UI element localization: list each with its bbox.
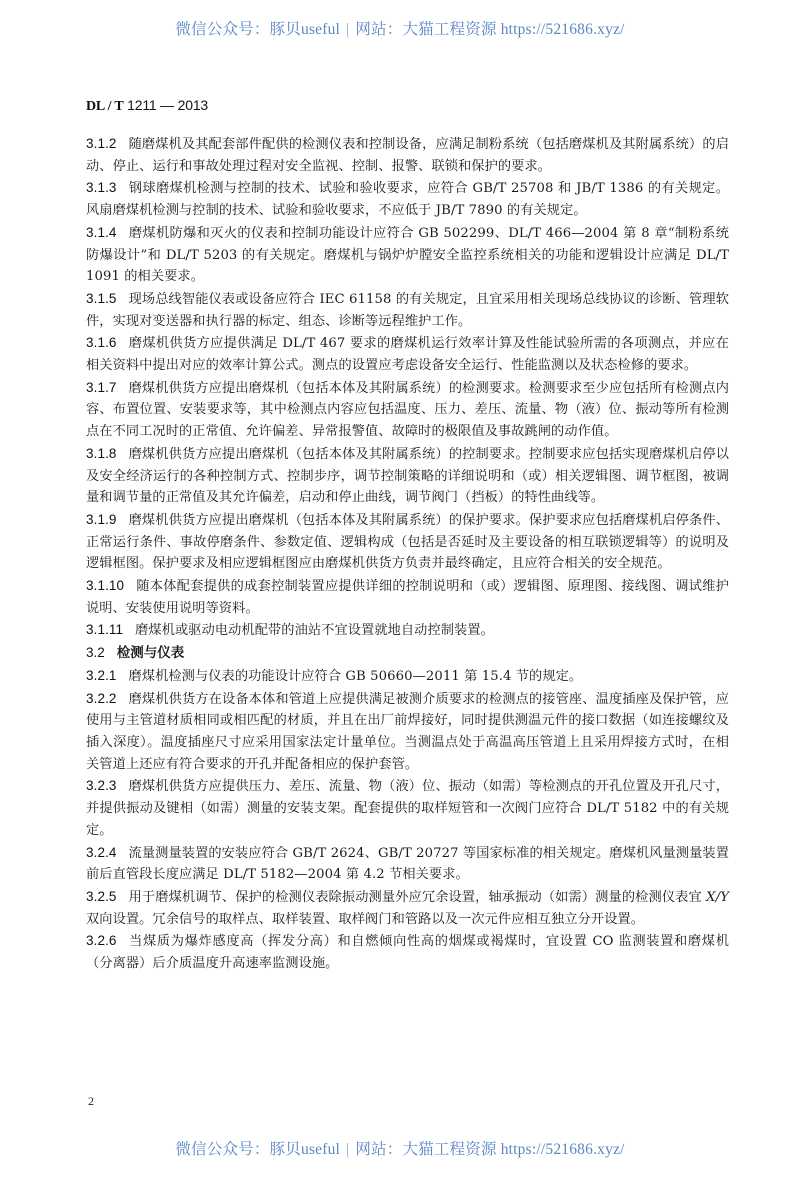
clause-3-2-6: 3.2.6当煤质为爆炸感度高（挥发分高）和自燃倾向性高的烟煤或褐煤时，宜设置 C… bbox=[86, 930, 729, 974]
clause-text: 磨煤机供货方应提出磨煤机（包括本体及其附属系统）的检测要求。检测要求至少应包括所… bbox=[86, 381, 729, 439]
clause-3-2-1: 3.2.1磨煤机检测与仪表的功能设计应符合 GB 50660—2011 第 15… bbox=[86, 665, 729, 688]
clause-number: 3.1.4 bbox=[86, 225, 117, 240]
watermark-wechat: 微信公众号：豚贝useful bbox=[175, 21, 340, 38]
clause-3-2-3: 3.2.3磨煤机供货方应提供压力、差压、流量、物（液）位、振动（如需）等检测点的… bbox=[86, 775, 729, 841]
clause-3-2-4: 3.2.4流量测量装置的安装应符合 GB/T 2624、GB/T 20727 等… bbox=[86, 842, 729, 886]
clause-text: 磨煤机供货方应提供满足 DL/T 467 要求的磨煤机运行效率计算及性能试验所需… bbox=[86, 336, 729, 373]
clause-text: 磨煤机防爆和灭火的仪表和控制功能设计应符合 GB 502299、DL/T 466… bbox=[86, 226, 729, 284]
watermark-wechat: 微信公众号：豚贝useful bbox=[175, 1141, 340, 1158]
clause-text: 磨煤机检测与仪表的功能设计应符合 GB 50660—2011 第 15.4 节的… bbox=[129, 669, 583, 684]
axis-variable: X/Y bbox=[706, 890, 729, 905]
clause-text: 磨煤机供货方应提出磨煤机（包括本体及其附属系统）的保护要求。保护要求应包括磨煤机… bbox=[86, 513, 729, 571]
clause-3-1-11: 3.1.11磨煤机或驱动电动机配带的油站不宜设置就地自动控制装置。 bbox=[86, 619, 729, 642]
clause-text: 磨煤机或驱动电动机配带的油站不宜设置就地自动控制装置。 bbox=[135, 623, 494, 638]
clause-text: 随磨煤机及其配套部件配供的检测仪表和控制设备，应满足制粉系统（包括磨煤机及其附属… bbox=[86, 137, 729, 174]
clause-text: 随本体配套提供的成套控制装置应提供详细的控制说明和（或）逻辑图、原理图、接线图、… bbox=[86, 579, 729, 616]
clause-number: 3.2.3 bbox=[86, 778, 117, 793]
clause-text: 磨煤机供货方应提供压力、差压、流量、物（液）位、振动（如需）等检测点的开孔位置及… bbox=[86, 779, 729, 837]
clause-text: 当煤质为爆炸感度高（挥发分高）和自燃倾向性高的烟煤或褐煤时，宜设置 CO 监测装… bbox=[86, 934, 729, 971]
clause-text: 钢球磨煤机检测与控制的技术、试验和验收要求，应符合 GB/T 25708 和 J… bbox=[86, 181, 729, 218]
clause-text: 用于磨煤机调节、保护的检测仪表除振动测量外应冗余设置，轴承振动（如需）测量的检测… bbox=[129, 890, 707, 905]
clause-3-1-2: 3.1.2随磨煤机及其配套部件配供的检测仪表和控制设备，应满足制粉系统（包括磨煤… bbox=[86, 133, 729, 177]
clause-3-1-9: 3.1.9磨煤机供货方应提出磨煤机（包括本体及其附属系统）的保护要求。保护要求应… bbox=[86, 509, 729, 575]
clause-number: 3.2.1 bbox=[86, 668, 117, 683]
clause-3-1-3: 3.1.3钢球磨煤机检测与控制的技术、试验和验收要求，应符合 GB/T 2570… bbox=[86, 177, 729, 221]
page-number: 2 bbox=[88, 1094, 94, 1109]
clause-text: 磨煤机供货方应提出磨煤机（包括本体及其附属系统）的控制要求。控制要求应包括实现磨… bbox=[86, 447, 729, 505]
standard-id-header: DL / T 1211 — 2013 bbox=[86, 97, 208, 115]
clause-number: 3.1.2 bbox=[86, 136, 117, 151]
clause-3-1-5: 3.1.5现场总线智能仪表或设备应符合 IEC 61158 的有关规定，且宜采用… bbox=[86, 288, 729, 332]
clause-text-continued: 双向设置。冗余信号的取样点、取样装置、取样阀门和管路以及一次元件应相互独立分开设… bbox=[86, 912, 644, 927]
watermark-separator: | bbox=[346, 21, 349, 38]
section-number: 3.2 bbox=[86, 645, 105, 660]
clause-3-1-8: 3.1.8磨煤机供货方应提出磨煤机（包括本体及其附属系统）的控制要求。控制要求应… bbox=[86, 443, 729, 509]
clause-text: 流量测量装置的安装应符合 GB/T 2624、GB/T 20727 等国家标准的… bbox=[86, 846, 729, 883]
clause-number: 3.1.8 bbox=[86, 446, 117, 461]
watermark-separator: | bbox=[346, 1141, 349, 1158]
clause-number: 3.1.5 bbox=[86, 291, 117, 306]
watermark-bottom: 微信公众号：豚贝useful|网站：大猫工程资源 https://521686.… bbox=[0, 1137, 800, 1159]
watermark-site: 网站：大猫工程资源 https://521686.xyz/ bbox=[355, 21, 624, 38]
clause-number: 3.1.11 bbox=[86, 622, 123, 637]
clause-3-2-2: 3.2.2磨煤机供货方在设备本体和管道上应提供满足被测介质要求的检测点的接管座、… bbox=[86, 688, 729, 776]
clause-number: 3.1.9 bbox=[86, 512, 117, 527]
section-title: 检测与仪表 bbox=[117, 645, 185, 661]
watermark-site: 网站：大猫工程资源 https://521686.xyz/ bbox=[355, 1141, 624, 1158]
clause-number: 3.2.2 bbox=[86, 691, 117, 706]
section-heading-3-2: 3.2检测与仪表 bbox=[86, 642, 729, 665]
clause-number: 3.2.6 bbox=[86, 933, 117, 948]
clause-3-2-5: 3.2.5用于磨煤机调节、保护的检测仪表除振动测量外应冗余设置，轴承振动（如需）… bbox=[86, 886, 729, 930]
clause-3-1-6: 3.1.6磨煤机供货方应提供满足 DL/T 467 要求的磨煤机运行效率计算及性… bbox=[86, 332, 729, 376]
document-body: 3.1.2随磨煤机及其配套部件配供的检测仪表和控制设备，应满足制粉系统（包括磨煤… bbox=[86, 133, 729, 975]
clause-3-1-4: 3.1.4磨煤机防爆和灭火的仪表和控制功能设计应符合 GB 502299、DL/… bbox=[86, 222, 729, 288]
watermark-top: 微信公众号：豚贝useful|网站：大猫工程资源 https://521686.… bbox=[0, 17, 800, 39]
clause-3-1-7: 3.1.7磨煤机供货方应提出磨煤机（包括本体及其附属系统）的检测要求。检测要求至… bbox=[86, 377, 729, 443]
clause-number: 3.1.6 bbox=[86, 335, 117, 350]
clause-text: 现场总线智能仪表或设备应符合 IEC 61158 的有关规定，且宜采用相关现场总… bbox=[86, 292, 729, 329]
clause-text: 磨煤机供货方在设备本体和管道上应提供满足被测介质要求的检测点的接管座、温度插座及… bbox=[86, 692, 729, 772]
standard-prefix: DL / T bbox=[86, 99, 123, 114]
clause-number: 3.1.10 bbox=[86, 578, 124, 593]
clause-number: 3.2.5 bbox=[86, 889, 117, 904]
clause-3-1-10: 3.1.10随本体配套提供的成套控制装置应提供详细的控制说明和（或）逻辑图、原理… bbox=[86, 575, 729, 619]
clause-number: 3.1.7 bbox=[86, 380, 117, 395]
clause-number: 3.1.3 bbox=[86, 180, 117, 195]
clause-number: 3.2.4 bbox=[86, 845, 117, 860]
standard-number: 1211 — 2013 bbox=[127, 97, 208, 113]
